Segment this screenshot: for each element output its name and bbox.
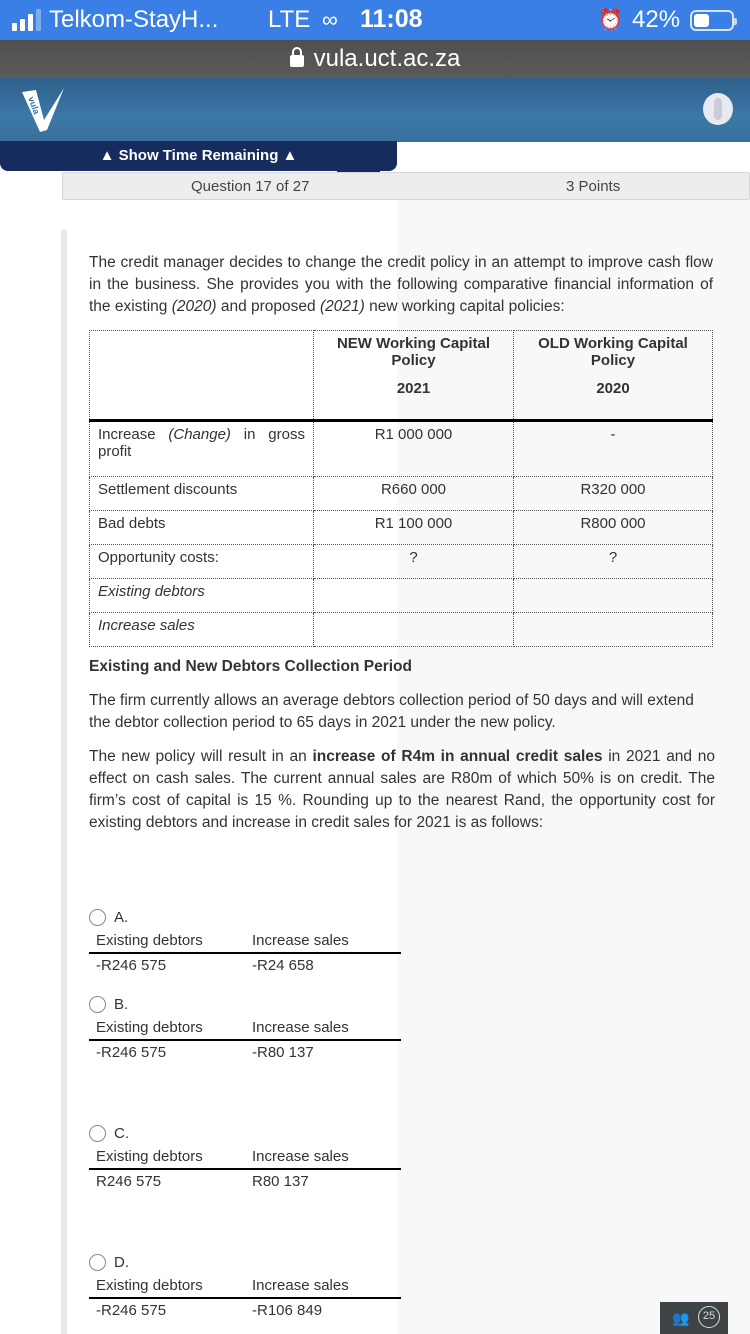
carrier-name: Telkom-StayH...: [49, 6, 218, 34]
people-icon: 👥: [672, 1310, 689, 1327]
site-header: vula: [0, 78, 750, 142]
table-row: Increase sales: [90, 613, 713, 647]
question-number: Question 17 of 27: [191, 178, 309, 195]
header-cell-old: OLD Working Capital Policy2020: [514, 331, 713, 421]
question-left-border: [61, 230, 67, 1334]
table-header-row: NEW Working Capital Policy2021 OLD Worki…: [90, 331, 713, 421]
collection-period-paragraph: The firm currently allows an average deb…: [89, 690, 715, 734]
question-info-bar: Question 17 of 27 3 Points: [62, 172, 750, 200]
option-divider: [89, 1297, 401, 1299]
user-avatar[interactable]: [703, 93, 733, 125]
row-label: Increase sales: [90, 613, 314, 647]
row-new-value: [314, 613, 514, 647]
row-new-value: R660 000: [314, 477, 514, 511]
option-col1-value: -R246 575: [96, 1044, 166, 1061]
credit-sales-paragraph: The new policy will result in an increas…: [89, 746, 715, 834]
table-row: Bad debts R1 100 000 R800 000: [90, 511, 713, 545]
row-label: Settlement discounts: [90, 477, 314, 511]
url-text: vula.uct.ac.za: [314, 45, 461, 72]
table-row: Existing debtors: [90, 579, 713, 613]
option-divider: [89, 1168, 401, 1170]
option-col1-header: Existing debtors: [96, 932, 203, 949]
row-new-value: ?: [314, 545, 514, 579]
option-letter: D.: [114, 1254, 129, 1271]
battery-icon: [690, 10, 734, 31]
battery-percent: 42%: [632, 6, 680, 34]
show-time-remaining-button[interactable]: ▲ Show Time Remaining ▲: [0, 141, 397, 171]
header-cell-new: NEW Working Capital Policy2021: [314, 331, 514, 421]
table-row: Increase (Change) in gross profit R1 000…: [90, 421, 713, 477]
row-old-value: R320 000: [514, 477, 713, 511]
hotspot-link-icon: ∞: [322, 7, 338, 33]
option-col1-value: -R246 575: [96, 1302, 166, 1319]
vula-logo[interactable]: vula: [20, 86, 70, 136]
row-old-value: -: [514, 421, 713, 477]
row-old-value: ?: [514, 545, 713, 579]
option-divider: [89, 1039, 401, 1041]
radio-button[interactable]: [89, 996, 106, 1013]
row-new-value: R1 000 000: [314, 421, 514, 477]
option-letter: A.: [114, 909, 128, 926]
option-col2-value: -R24 658: [252, 957, 314, 974]
option-col1-header: Existing debtors: [96, 1019, 203, 1036]
lock-icon: [290, 55, 304, 67]
row-label: Bad debts: [90, 511, 314, 545]
online-count-badge: 25: [698, 1306, 720, 1328]
section-title: Existing and New Debtors Collection Peri…: [89, 658, 412, 676]
table-row: Settlement discounts R660 000 R320 000: [90, 477, 713, 511]
radio-button[interactable]: [89, 1125, 106, 1142]
option-col1-value: R246 575: [96, 1173, 161, 1190]
option-col2-value: -R80 137: [252, 1044, 314, 1061]
row-old-value: [514, 613, 713, 647]
radio-button[interactable]: [89, 1254, 106, 1271]
option-col2-header: Increase sales: [252, 1148, 349, 1165]
network-type: LTE: [268, 6, 310, 34]
option-letter: B.: [114, 996, 128, 1013]
option-col1-header: Existing debtors: [96, 1148, 203, 1165]
option-col2-header: Increase sales: [252, 932, 349, 949]
table-row: Opportunity costs: ? ?: [90, 545, 713, 579]
option-col2-value: -R106 849: [252, 1302, 322, 1319]
row-old-value: [514, 579, 713, 613]
alarm-icon: ⏰: [598, 7, 623, 32]
row-new-value: [314, 579, 514, 613]
presence-chat-widget[interactable]: 👥 25: [660, 1302, 728, 1334]
status-bar: Telkom-StayH... LTE ∞ 11:08 ⏰ 42%: [0, 0, 750, 40]
option-letter: C.: [114, 1125, 129, 1142]
option-col2-header: Increase sales: [252, 1019, 349, 1036]
row-label: Increase (Change) in gross profit: [90, 421, 314, 477]
option-divider: [89, 952, 401, 954]
row-old-value: R800 000: [514, 511, 713, 545]
row-label: Opportunity costs:: [90, 545, 314, 579]
financial-comparison-table: NEW Working Capital Policy2021 OLD Worki…: [89, 330, 713, 647]
clock: 11:08: [360, 5, 423, 34]
option-col1-header: Existing debtors: [96, 1277, 203, 1294]
question-points: 3 Points: [566, 178, 620, 195]
row-new-value: R1 100 000: [314, 511, 514, 545]
address-bar[interactable]: vula.uct.ac.za: [0, 40, 750, 78]
row-label: Existing debtors: [90, 579, 314, 613]
signal-icon: [12, 9, 41, 31]
option-col1-value: -R246 575: [96, 957, 166, 974]
radio-button[interactable]: [89, 909, 106, 926]
header-cell-empty: [90, 331, 314, 421]
question-intro: The credit manager decides to change the…: [89, 252, 713, 318]
option-col2-value: R80 137: [252, 1173, 309, 1190]
option-col2-header: Increase sales: [252, 1277, 349, 1294]
